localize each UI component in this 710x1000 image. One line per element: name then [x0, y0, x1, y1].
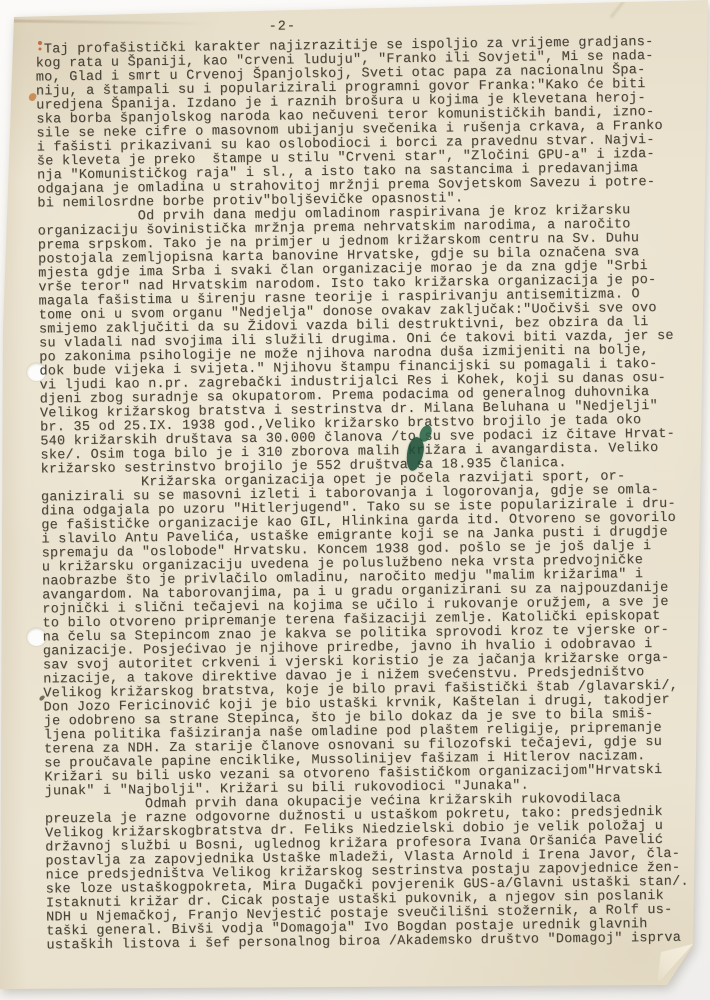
document-paper: -2- Taj profašistički karakter najizrazi… — [0, 0, 710, 1000]
scanned-document-page: -2- Taj profašistički karakter najizrazi… — [0, 0, 710, 1000]
typewritten-text: Taj profašistički karakter najizrazitije… — [35, 35, 708, 953]
paper-shadow-wrap: -2- Taj profašistički karakter najizrazi… — [0, 0, 710, 1000]
